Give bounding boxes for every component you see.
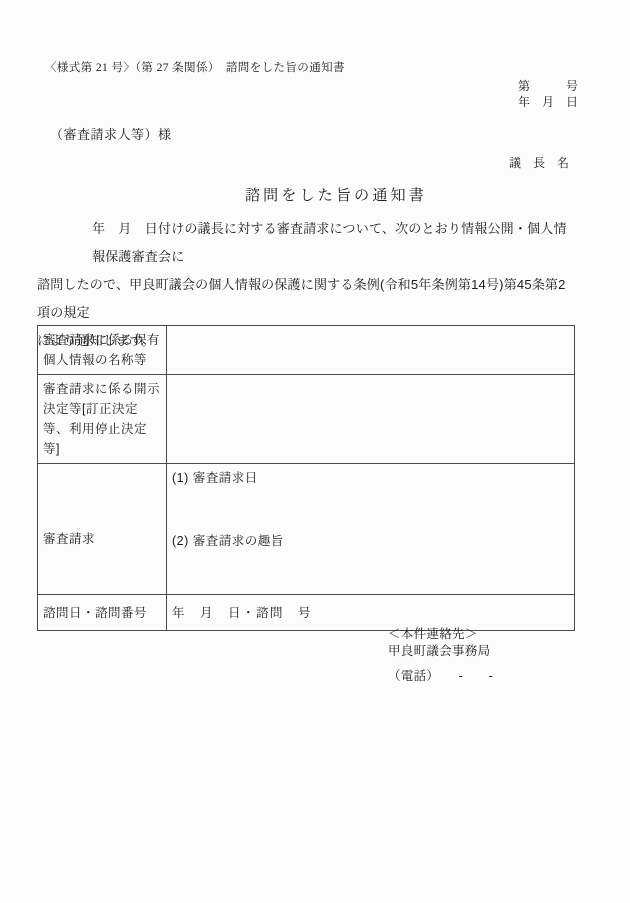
doc-number-line: 第 号 [518,78,578,94]
addressee-line: （審査請求人等）様 [50,127,172,142]
request-info-table: 審査請求に係る保有個人情報の名称等 審査請求に係る開示決定等[訂正決定等、利用停… [37,325,575,631]
signer-line: 議 長 名 [509,156,569,170]
table-label-referral-date-number: 諮問日・諮問番号 [38,595,167,631]
table-value-held-personal-info [167,326,575,375]
form-number-line: 〈様式第 21 号〉（第 27 条関係） 諮問をした旨の通知書 [45,61,345,75]
table-row: 審査請求 (1) 審査請求日 (2) 審査請求の趣旨 [38,464,575,595]
contact-phone: （電話） - - [388,668,493,685]
table-label-held-personal-info: 審査請求に係る保有個人情報の名称等 [38,326,167,375]
table-row: 審査請求に係る開示決定等[訂正決定等、利用停止決定等] [38,375,575,464]
table-label-disclosure-decision: 審査請求に係る開示決定等[訂正決定等、利用停止決定等] [38,375,167,464]
body-line: 年 月 日付けの議長に対する審査請求について、次のとおり情報公開・個人情報保護審… [37,215,575,271]
body-line: 諮問したので、甲良町議会の個人情報の保護に関する条例(令和5年条例第14号)第4… [37,271,575,327]
table-value-review-request: (1) 審査請求日 (2) 審査請求の趣旨 [167,464,575,595]
doc-number-date-block: 第 号 年 月 日 [518,78,578,110]
contact-organization: 甲良町議会事務局 [388,643,493,660]
review-request-label: 審査請求 [43,529,95,549]
table-value-disclosure-decision [167,375,575,464]
review-request-item-purpose: (2) 審査請求の趣旨 [172,531,570,551]
review-request-item-date: (1) 審査請求日 [172,468,570,488]
document-page: 〈様式第 21 号〉（第 27 条関係） 諮問をした旨の通知書 第 号 年 月 … [0,0,630,903]
table-row: 審査請求に係る保有個人情報の名称等 [38,326,575,375]
doc-date-line: 年 月 日 [518,94,578,110]
document-title: 諮問をした旨の通知書 [67,187,605,205]
table-value-referral-date-number: 年 月 日・諮問 号 [167,595,575,631]
table-row: 諮問日・諮問番号 年 月 日・諮問 号 [38,595,575,631]
table-label-review-request: 審査請求 [38,464,167,595]
contact-block: ＜本件連絡先＞ 甲良町議会事務局 （電話） - - [388,626,493,685]
contact-heading: ＜本件連絡先＞ [388,626,493,643]
